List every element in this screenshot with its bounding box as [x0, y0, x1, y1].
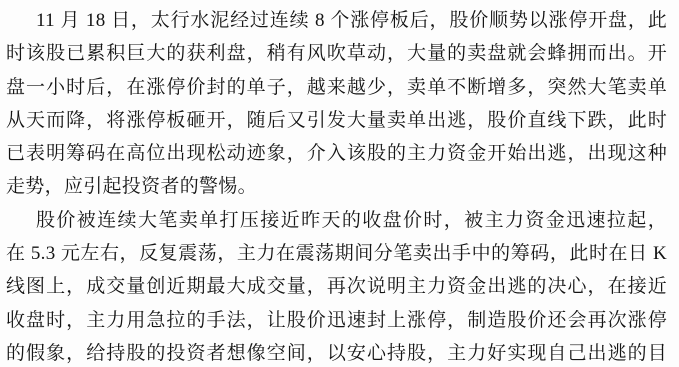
text-line-p2-l4: 收盘时，主力用急拉的手法，让股价迅速封上涨停，制造股价还会再次涨停	[6, 304, 667, 337]
scanned-page: 11 月 18 日，太行水泥经过连续 8 个涨停板后，股价顺势以涨停开盘，此时该…	[0, 0, 679, 367]
text-line-p1-l4: 从天而降，将涨停板砸开，随后又引发大量卖单出逃，股价直线下跌，此时	[6, 104, 667, 137]
text-line-p2-l3: 线图上，成交量创近期最大成交量，再次说明主力资金出逃的决心，在接近	[6, 270, 667, 303]
text-line-p1-l6: 走势，应引起投资者的警惕。	[6, 170, 667, 203]
text-line-p2-l5: 的假象，给持股的投资者想像空间，以安心持股，主力好实现自己出逃的目	[6, 337, 667, 367]
text-line-p1-l3: 盘一小时后，在涨停价封的单子，越来越少，卖单不断增多，突然大笔卖单	[6, 71, 667, 104]
text-line-p1-l5: 已表明筹码在高位出现松动迹象，介入该股的主力资金开始出逃，出现这种	[6, 137, 667, 170]
text-line-p2-l2: 在 5.3 元左右，反复震荡，主力在震荡期间分笔卖出手中的筹码，此时在日 K	[6, 237, 667, 270]
text-block: 11 月 18 日，太行水泥经过连续 8 个涨停板后，股价顺势以涨停开盘，此时该…	[6, 4, 667, 367]
text-line-p2-l1: 股价被连续大笔卖单打压接近昨天的收盘价时，被主力资金迅速拉起，	[6, 204, 667, 237]
text-line-p1-l1: 11 月 18 日，太行水泥经过连续 8 个涨停板后，股价顺势以涨停开盘，此	[6, 4, 667, 37]
text-line-p1-l2: 时该股已累积巨大的获利盘，稍有风吹草动，大量的卖盘就会蜂拥而出。开	[6, 37, 667, 70]
